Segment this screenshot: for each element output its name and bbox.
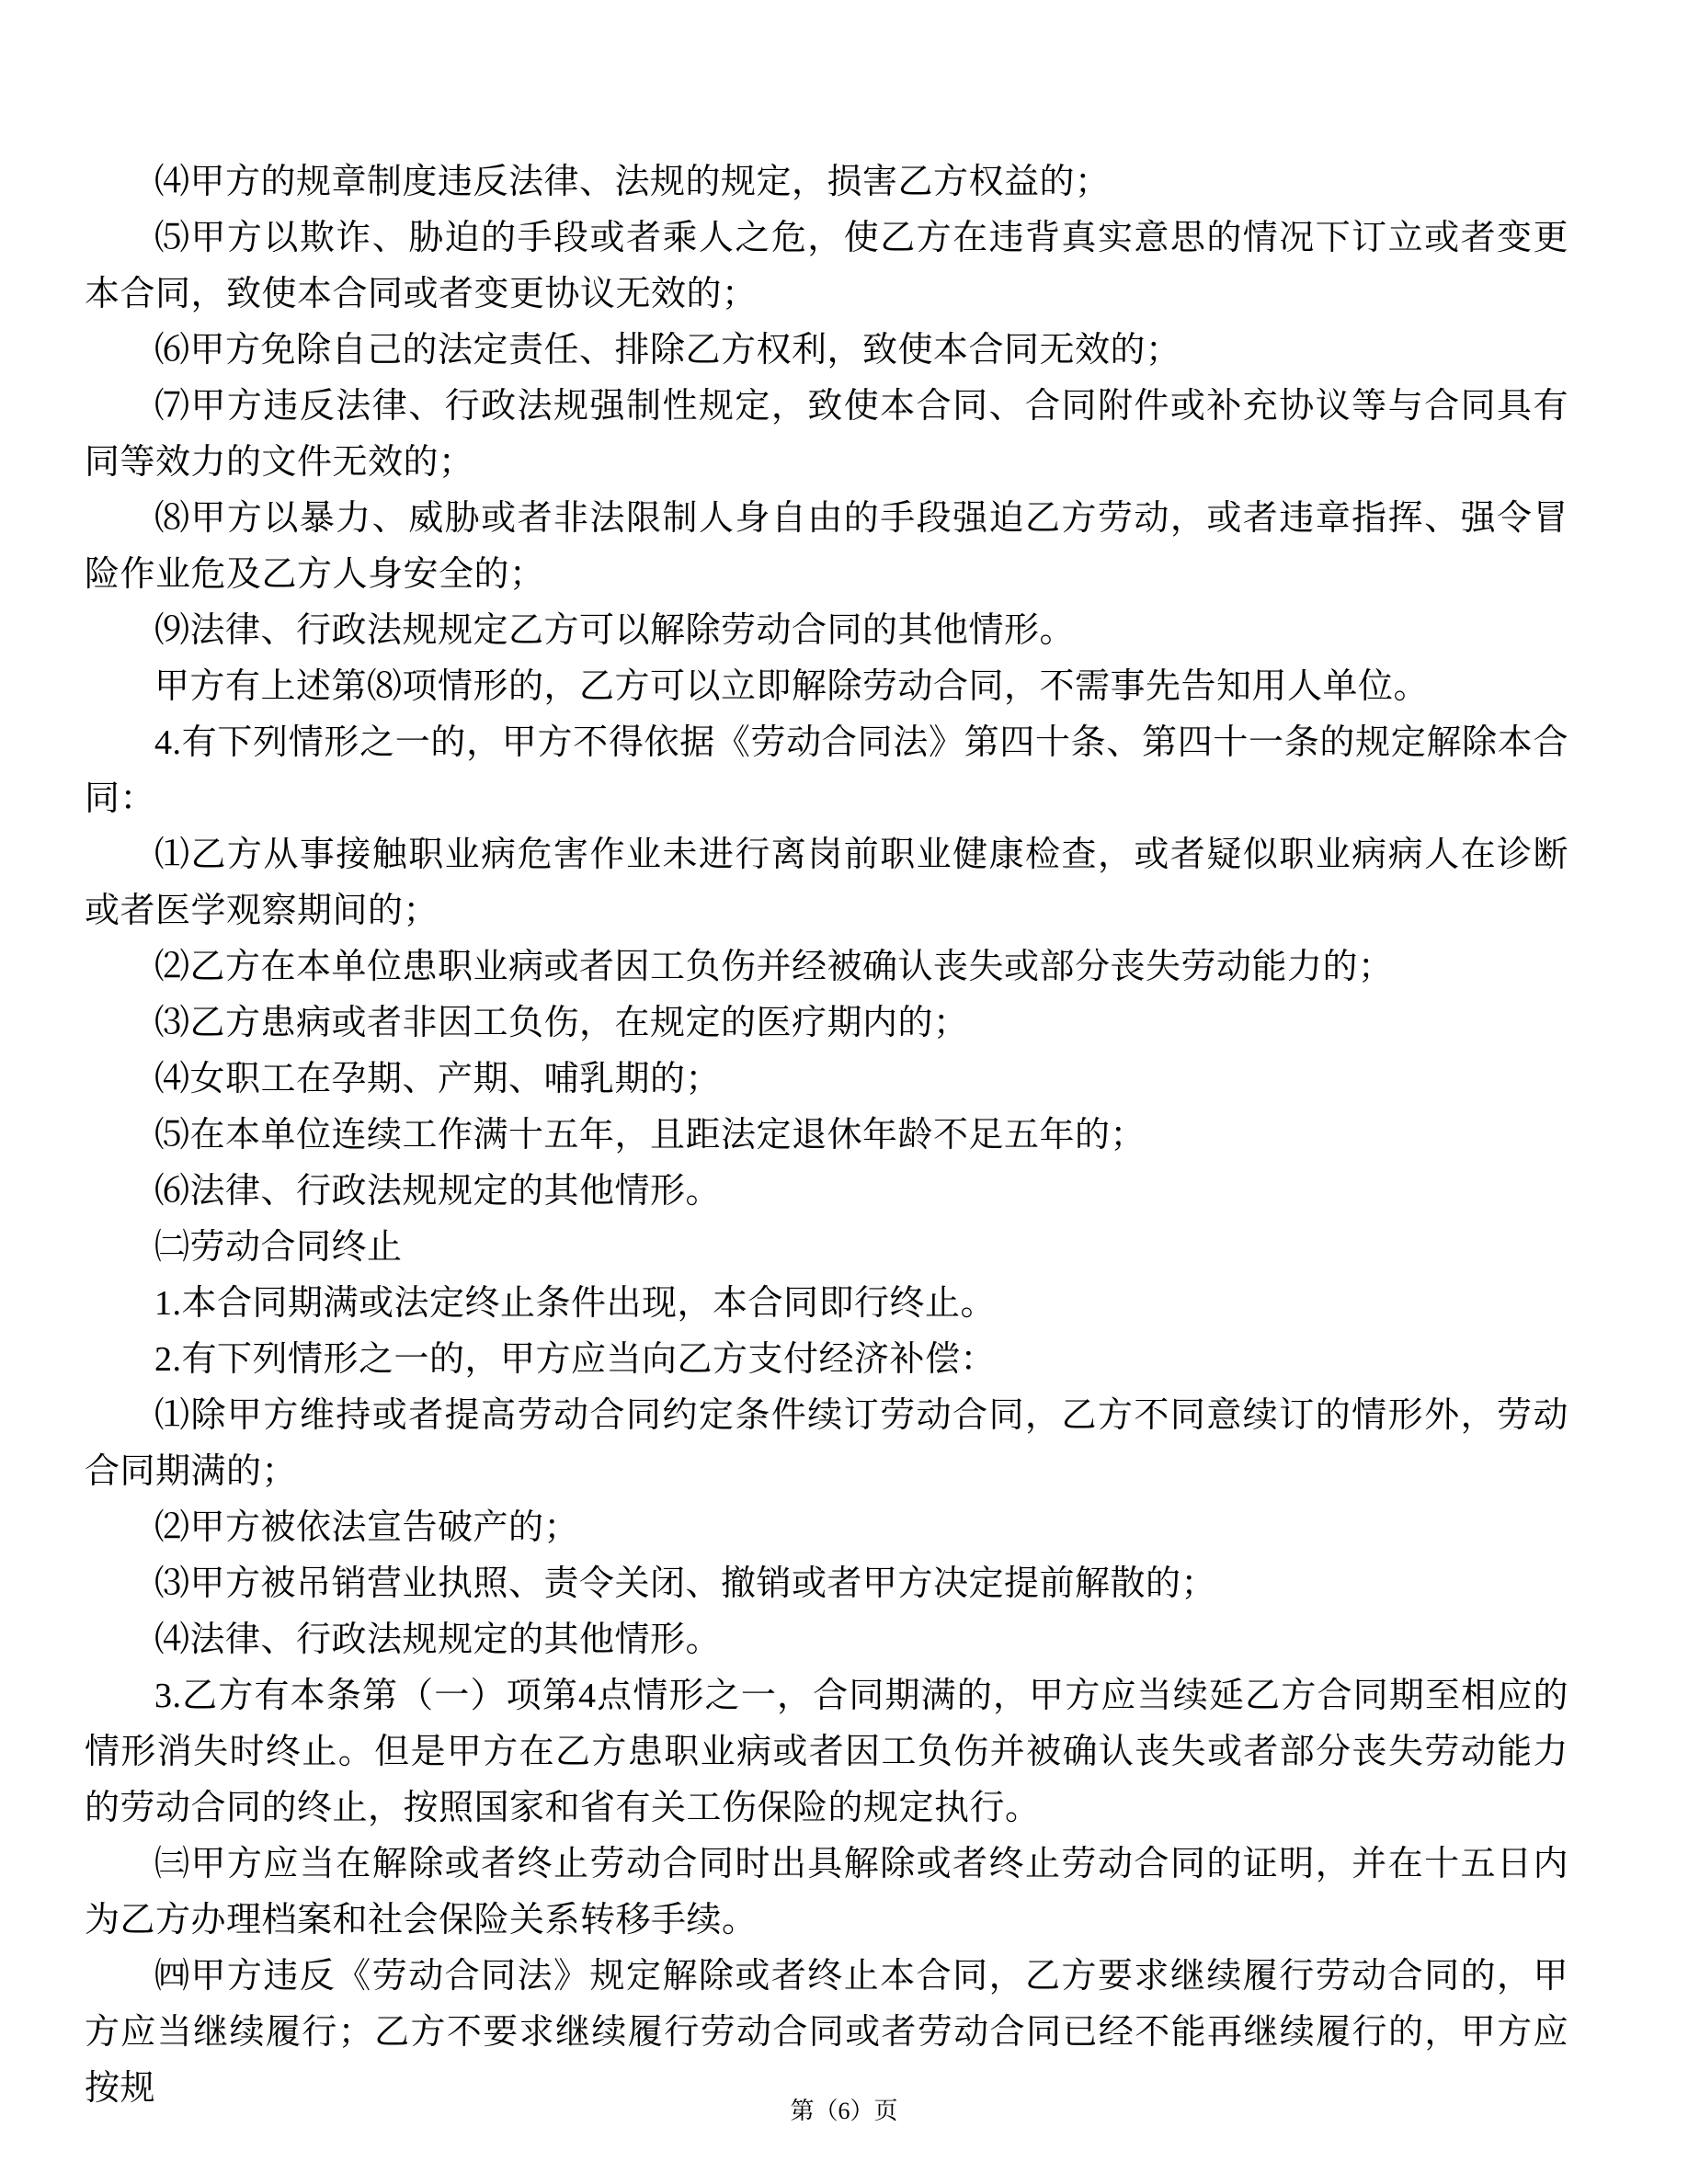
paragraph: ⑹法律、行政法规规定的其他情形。 (85, 1164, 1568, 1220)
contract-body: ⑷甲方的规章制度违反法律、法规的规定，损害乙方权益的； ⑸甲方以欺诈、胁迫的手段… (85, 154, 1568, 2117)
paragraph: ⑻甲方以暴力、威胁或者非法限制人身自由的手段强迫乙方劳动，或者违章指挥、强令冒险… (85, 491, 1568, 603)
paragraph: 4.有下列情形之一的，甲方不得依据《劳动合同法》第四十条、第四十一条的规定解除本… (85, 715, 1568, 827)
paragraph: ⑷女职工在孕期、产期、哺乳期的； (85, 1052, 1568, 1108)
paragraph: ⑼法律、行政法规规定乙方可以解除劳动合同的其他情形。 (85, 603, 1568, 659)
paragraph: ㈣甲方违反《劳动合同法》规定解除或者终止本合同，乙方要求继续履行劳动合同的，甲方… (85, 1949, 1568, 2117)
paragraph: ⑸甲方以欺诈、胁迫的手段或者乘人之危，使乙方在违背真实意思的情况下订立或者变更本… (85, 210, 1568, 323)
paragraph: ⑴乙方从事接触职业病危害作业未进行离岗前职业健康检查，或者疑似职业病病人在诊断或… (85, 827, 1568, 939)
document-page: ⑷甲方的规章制度违反法律、法规的规定，损害乙方权益的； ⑸甲方以欺诈、胁迫的手段… (0, 0, 1688, 2184)
paragraph: ⑷法律、行政法规规定的其他情形。 (85, 1612, 1568, 1668)
paragraph: 3.乙方有本条第（一）项第4点情形之一，合同期满的，甲方应当续延乙方合同期至相应… (85, 1668, 1568, 1837)
paragraph: ㈢甲方应当在解除或者终止劳动合同时出具解除或者终止劳动合同的证明，并在十五日内为… (85, 1837, 1568, 1949)
paragraph: ⑹甲方免除自己的法定责任、排除乙方权利，致使本合同无效的； (85, 323, 1568, 379)
paragraph: ⑵甲方被依法宣告破产的； (85, 1500, 1568, 1556)
paragraph: ⑸在本单位连续工作满十五年，且距法定退休年龄不足五年的； (85, 1108, 1568, 1164)
paragraph: 甲方有上述第⑻项情形的，乙方可以立即解除劳动合同，不需事先告知用人单位。 (85, 659, 1568, 715)
paragraph: ⑵乙方在本单位患职业病或者因工负伤并经被确认丧失或部分丧失劳动能力的； (85, 939, 1568, 995)
paragraph: ㈡劳动合同终止 (85, 1220, 1568, 1276)
page-number-footer: 第（6）页 (0, 2098, 1688, 2125)
paragraph: ⑶甲方被吊销营业执照、责令关闭、撤销或者甲方决定提前解散的； (85, 1556, 1568, 1612)
paragraph: ⑴除甲方维持或者提高劳动合同约定条件续订劳动合同，乙方不同意续订的情形外，劳动合… (85, 1388, 1568, 1500)
paragraph: 2.有下列情形之一的，甲方应当向乙方支付经济补偿： (85, 1332, 1568, 1388)
paragraph: 1.本合同期满或法定终止条件出现，本合同即行终止。 (85, 1276, 1568, 1332)
paragraph: ⑷甲方的规章制度违反法律、法规的规定，损害乙方权益的； (85, 154, 1568, 210)
paragraph: ⑶乙方患病或者非因工负伤，在规定的医疗期内的； (85, 995, 1568, 1052)
paragraph: ⑺甲方违反法律、行政法规强制性规定，致使本合同、合同附件或补充协议等与合同具有同… (85, 379, 1568, 491)
